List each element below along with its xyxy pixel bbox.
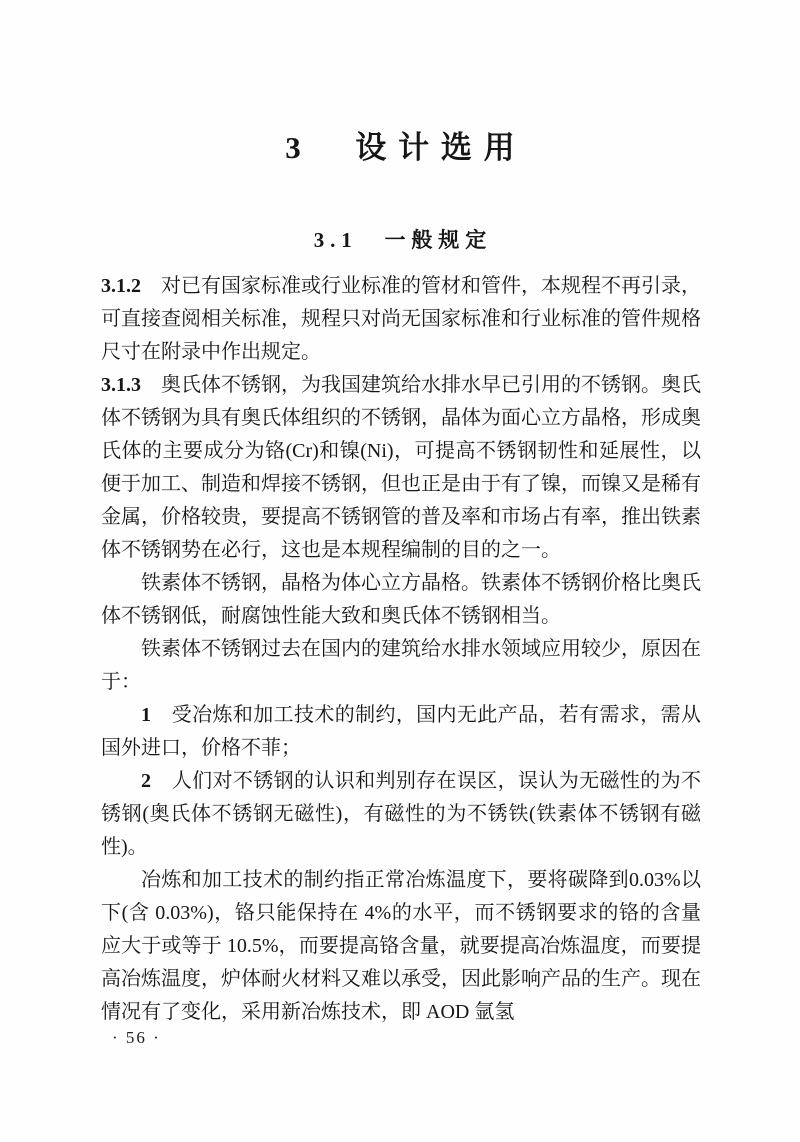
document-page: 3 设计选用 3.1 一般规定 3.1.2 对已有国家标准或行业标准的管材和管件…: [0, 0, 800, 1142]
chapter-title: 3 设计选用: [0, 122, 800, 167]
clause-paragraph: 3.1.3 奥氏体不锈钢，为我国建筑给水排水早已引用的不锈钢。奥氏体不锈钢为具有…: [101, 369, 701, 567]
paragraph: 铁素体不锈钢，晶格为体心立方晶格。铁素体不锈钢价格比奥氏体不锈钢低，耐腐蚀性能大…: [101, 567, 701, 633]
page-number: · 56 ·: [112, 1028, 161, 1048]
clause-number: 3.1.3: [101, 374, 141, 396]
paragraph: 冶炼和加工技术的制约指正常冶炼温度下，要将碳降到0.03%以下(含 0.03%)…: [101, 864, 701, 1029]
clause-number: 3.1.2: [101, 275, 141, 297]
clause-paragraph: 3.1.2 对已有国家标准或行业标准的管材和管件，本规程不再引录，可直接查阅相关…: [101, 270, 701, 369]
paragraph: 2 人们对不锈钢的认识和判别存在误区，误认为无磁性的为不锈钢(奥氏体不锈钢无磁性…: [101, 765, 701, 864]
clause-number: 2: [141, 770, 151, 792]
document-body: 3.1.2 对已有国家标准或行业标准的管材和管件，本规程不再引录，可直接查阅相关…: [101, 270, 701, 1029]
section-title: 3.1 一般规定: [0, 224, 800, 254]
clause-number: 1: [141, 704, 151, 726]
paragraph: 1 受冶炼和加工技术的制约，国内无此产品，若有需求，需从国外进口，价格不菲；: [101, 699, 701, 765]
paragraph: 铁素体不锈钢过去在国内的建筑给水排水领域应用较少，原因在于：: [101, 633, 701, 699]
